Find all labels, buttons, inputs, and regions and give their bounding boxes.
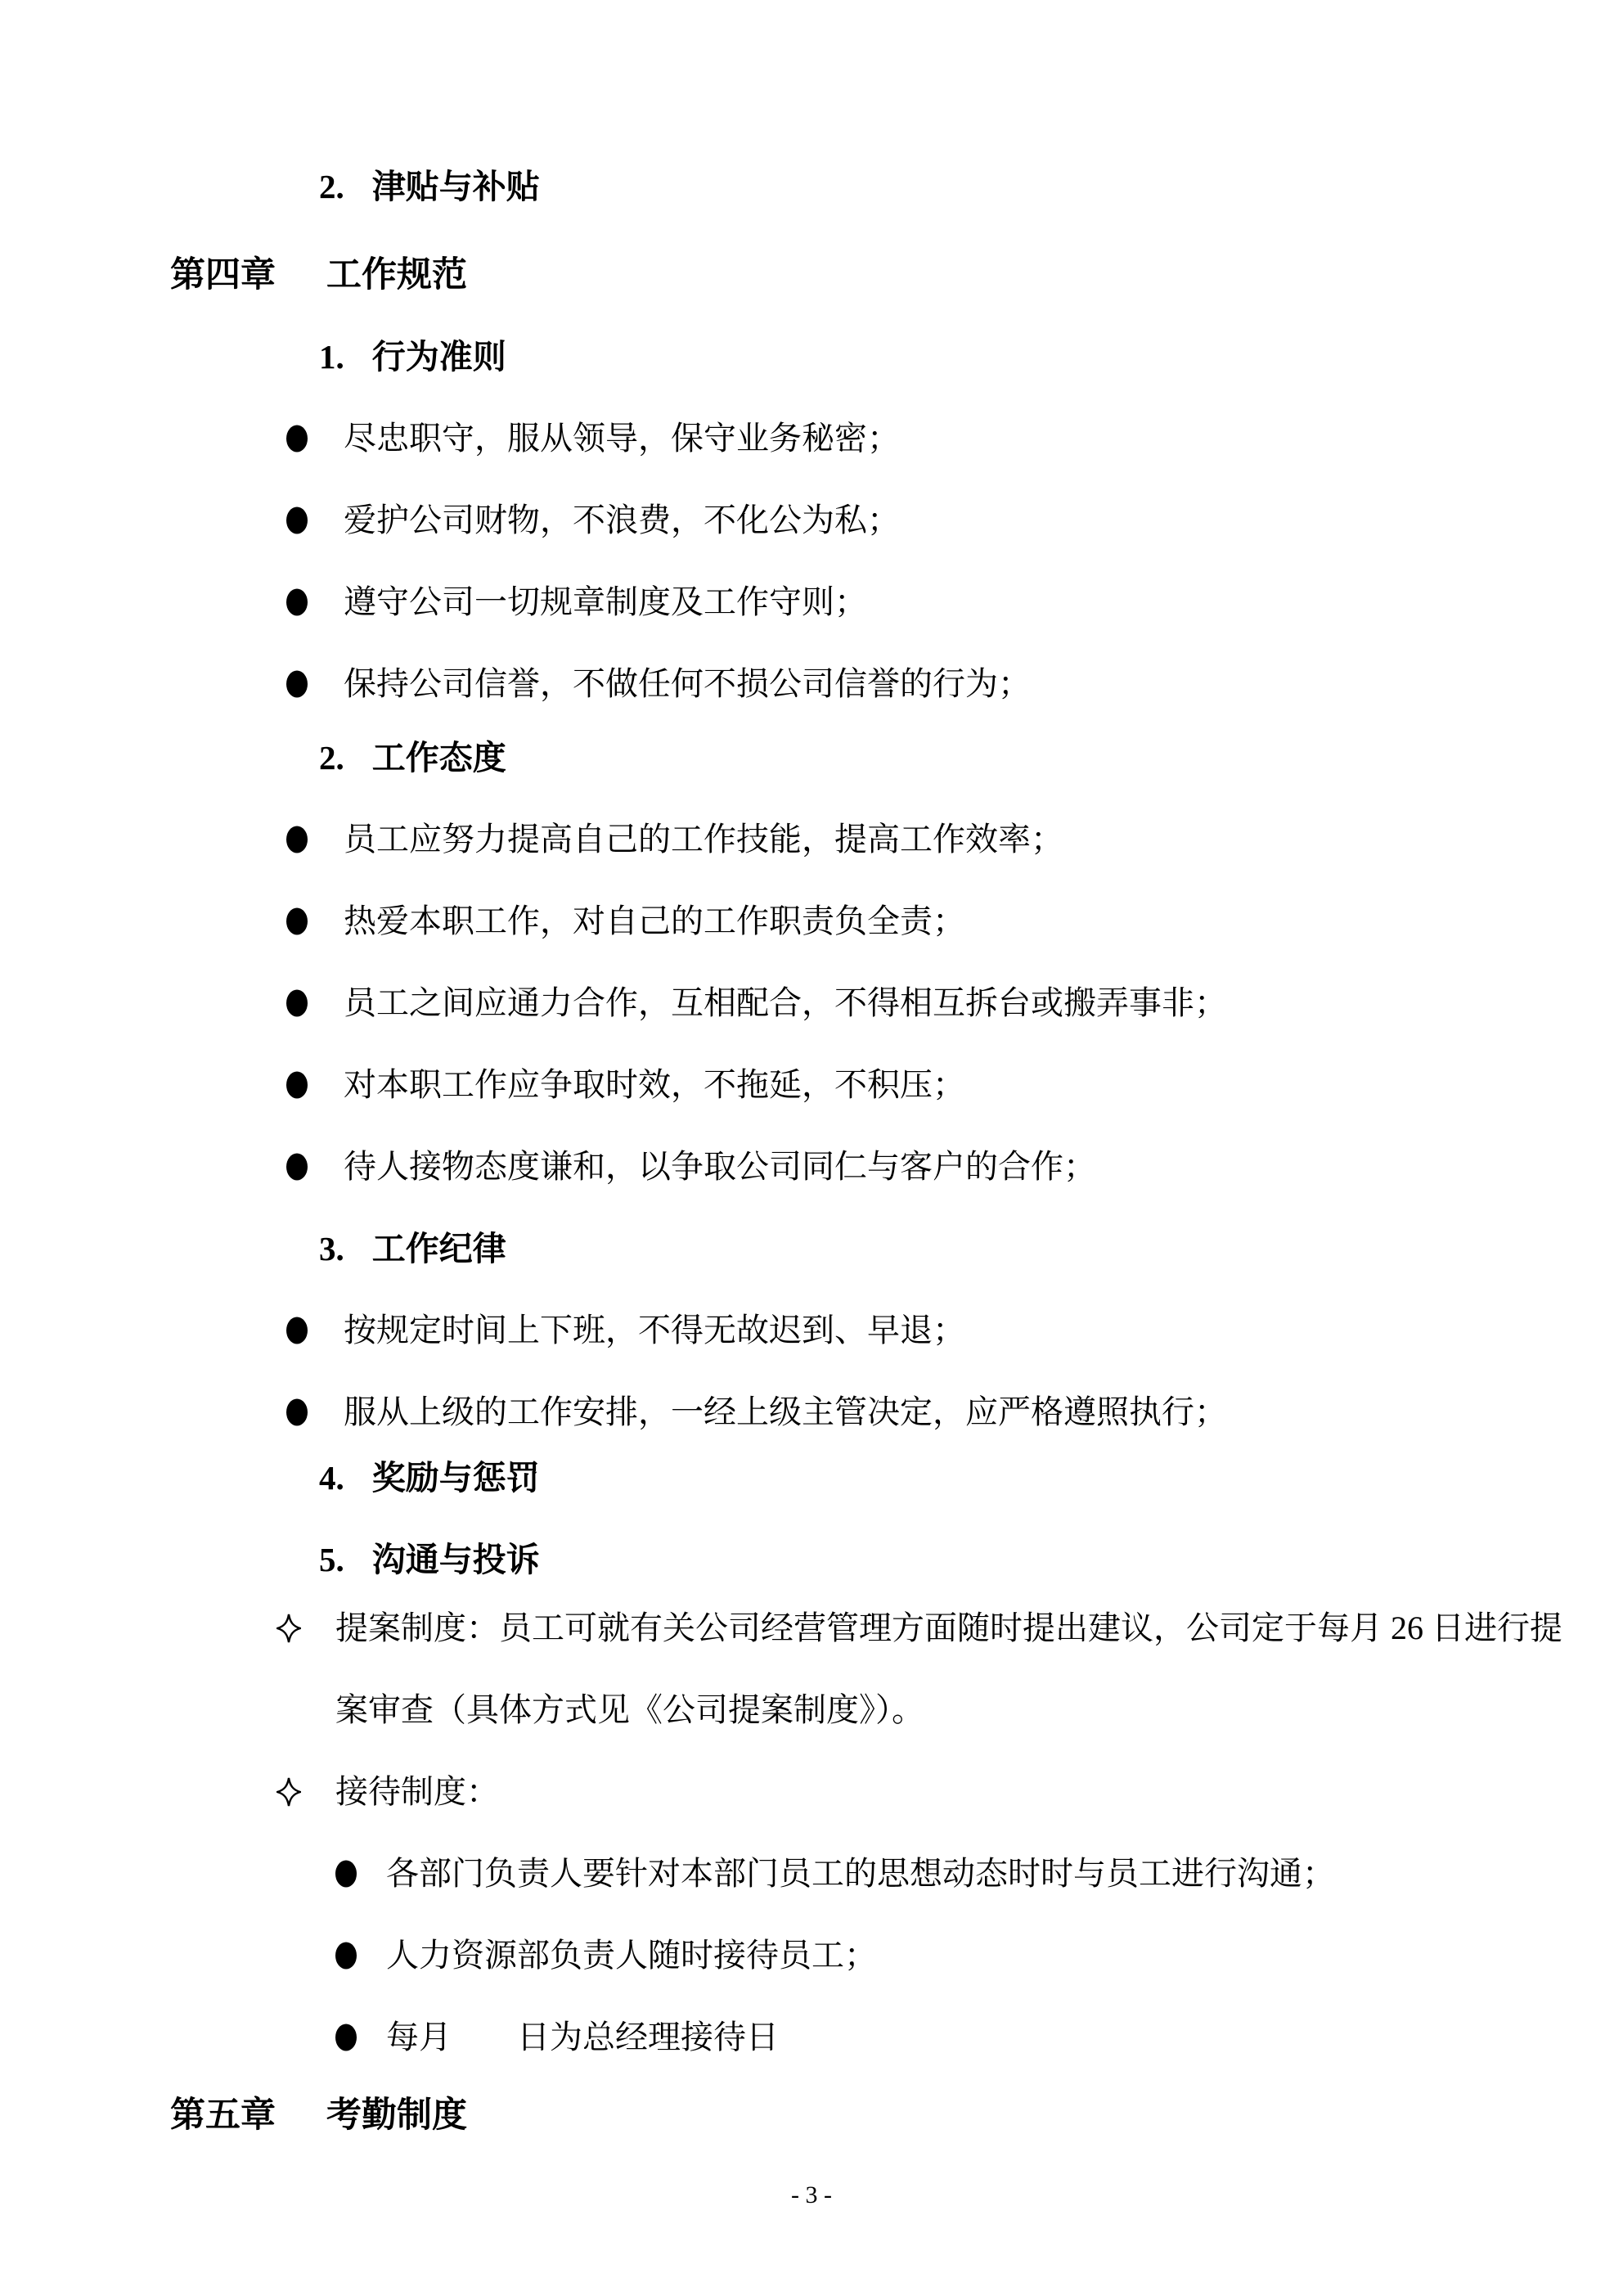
bullet-item: 员工之间应通力合作，互相配合，不得相互拆台或搬弄事非； (0, 962, 1623, 1044)
heading-text: 行为准则 (372, 338, 506, 376)
bullet-dot-icon (286, 1154, 308, 1181)
section-heading-conduct: 1.行为准则 (0, 316, 1623, 398)
bullet-item: 对本职工作应争取时效，不拖延，不积压； (0, 1044, 1623, 1126)
chapter-title: 工作规范 (326, 255, 467, 295)
heading-number: 4. (319, 1459, 344, 1497)
bullet-dot-icon (286, 589, 308, 616)
heading-number: 3. (319, 1230, 344, 1267)
chapter-number: 第五章 (170, 2096, 276, 2135)
bullet-dot-icon (286, 507, 308, 534)
continuation-text: 案审查（具体方式见《公司提案制度》）。 (335, 1691, 924, 1728)
bullet-dot-icon (286, 990, 308, 1017)
bullet-text: 热爱本职工作，对自己的工作职责负全责； (344, 903, 965, 939)
section-heading-rewards: 4.奖励与惩罚 (0, 1437, 1623, 1519)
bullet-text: 待人接物态度谦和，以争取公司同仁与客户的合作； (344, 1148, 1096, 1185)
bullet-item: 按规定时间上下班，不得无故迟到、早退； (0, 1290, 1623, 1371)
heading-text: 沟通与投诉 (372, 1541, 540, 1578)
bullet-text: 爱护公司财物，不浪费，不化公为私； (344, 502, 900, 538)
diamond-text: 接待制度： (335, 1773, 499, 1810)
heading-number: 2. (319, 739, 344, 777)
heading-text: 津贴与补贴 (372, 168, 540, 205)
diamond-text: 提案制度：员工可就有关公司经营管理方面随时提出建议，公司定于每月 26 日进行提 (335, 1609, 1562, 1646)
heading-text: 奖励与惩罚 (372, 1459, 540, 1497)
section-heading-attitude: 2.工作态度 (0, 717, 1623, 799)
bullet-dot-icon (286, 425, 308, 452)
bullet-text: 每月 日为总经理接待日 (386, 2019, 779, 2055)
heading-number: 5. (319, 1541, 344, 1578)
bullet-dot-icon (286, 671, 308, 698)
bullet-item: 爱护公司财物，不浪费，不化公为私； (0, 479, 1623, 561)
bullet-text: 对本职工作应争取时效，不拖延，不积压； (344, 1066, 965, 1103)
diamond-item-proposal: 提案制度：员工可就有关公司经营管理方面随时提出建议，公司定于每月 26 日进行提 (0, 1587, 1623, 1669)
bullet-item: 员工应努力提高自己的工作技能，提高工作效率； (0, 799, 1623, 880)
bullet-dot-icon (286, 908, 308, 935)
bullet-dot-icon (286, 826, 308, 853)
bullet-item: 热爱本职工作，对自己的工作职责负全责； (0, 880, 1623, 962)
inner-bullet-item: 各部门负责人要针对本部门员工的思想动态时时与员工进行沟通； (0, 1833, 1623, 1915)
bullet-text: 按规定时间上下班，不得无故迟到、早退； (344, 1312, 965, 1348)
heading-number: 2. (319, 168, 344, 205)
bullet-dot-icon (286, 1399, 308, 1426)
bullet-text: 遵守公司一切规章制度及工作守则； (344, 583, 867, 620)
bullet-dot-icon (335, 2024, 357, 2051)
page-number: - 3 - (0, 2175, 1623, 2216)
bullet-item: 保持公司信誉，不做任何不损公司信誉的行为； (0, 643, 1623, 725)
section-heading-discipline: 3.工作纪律 (0, 1208, 1623, 1290)
bullet-dot-icon (335, 1943, 357, 1970)
bullet-text: 服从上级的工作安排，一经上级主管决定，应严格遵照执行； (344, 1393, 1227, 1430)
document-page: 2.津贴与补贴 第四章工作规范 1.行为准则 尽忠职守，服从领导，保守业务秘密；… (0, 0, 1623, 2296)
four-pointed-star-icon (276, 1614, 301, 1643)
bullet-dot-icon (335, 1861, 357, 1888)
inner-bullet-item: 人力资源部负责人随时接待员工； (0, 1915, 1623, 1997)
section-heading-allowances: 2.津贴与补贴 (0, 146, 1623, 227)
heading-number: 1. (319, 338, 344, 376)
bullet-text: 员工应努力提高自己的工作技能，提高工作效率； (344, 821, 1063, 858)
bullet-text: 各部门负责人要针对本部门员工的思想动态时时与员工进行沟通； (386, 1855, 1335, 1892)
bullet-dot-icon (286, 1072, 308, 1099)
chapter-heading-4: 第四章工作规范 (0, 234, 1623, 316)
inner-bullet-item: 每月 日为总经理接待日 (0, 1997, 1623, 2078)
bullet-text: 人力资源部负责人随时接待员工； (386, 1937, 877, 1974)
bullet-item: 待人接物态度谦和，以争取公司同仁与客户的合作； (0, 1126, 1623, 1208)
four-pointed-star-icon (276, 1777, 301, 1807)
bullet-text: 员工之间应通力合作，互相配合，不得相互拆台或搬弄事非； (344, 984, 1227, 1021)
chapter-title: 考勤制度 (326, 2096, 467, 2135)
heading-text: 工作纪律 (372, 1230, 506, 1267)
bullet-text: 保持公司信誉，不做任何不损公司信誉的行为； (344, 665, 1031, 702)
diamond-item-reception: 接待制度： (0, 1751, 1623, 1833)
bullet-dot-icon (286, 1317, 308, 1344)
bullet-item: 尽忠职守，服从领导，保守业务秘密； (0, 398, 1623, 479)
chapter-heading-5: 第五章考勤制度 (0, 2074, 1623, 2156)
bullet-text: 尽忠职守，服从领导，保守业务秘密； (344, 420, 900, 457)
diamond-item-proposal-wrap: 案审查（具体方式见《公司提案制度》）。 (0, 1669, 1623, 1751)
chapter-number: 第四章 (170, 255, 276, 295)
heading-text: 工作态度 (372, 739, 506, 777)
bullet-item: 遵守公司一切规章制度及工作守则； (0, 561, 1623, 643)
